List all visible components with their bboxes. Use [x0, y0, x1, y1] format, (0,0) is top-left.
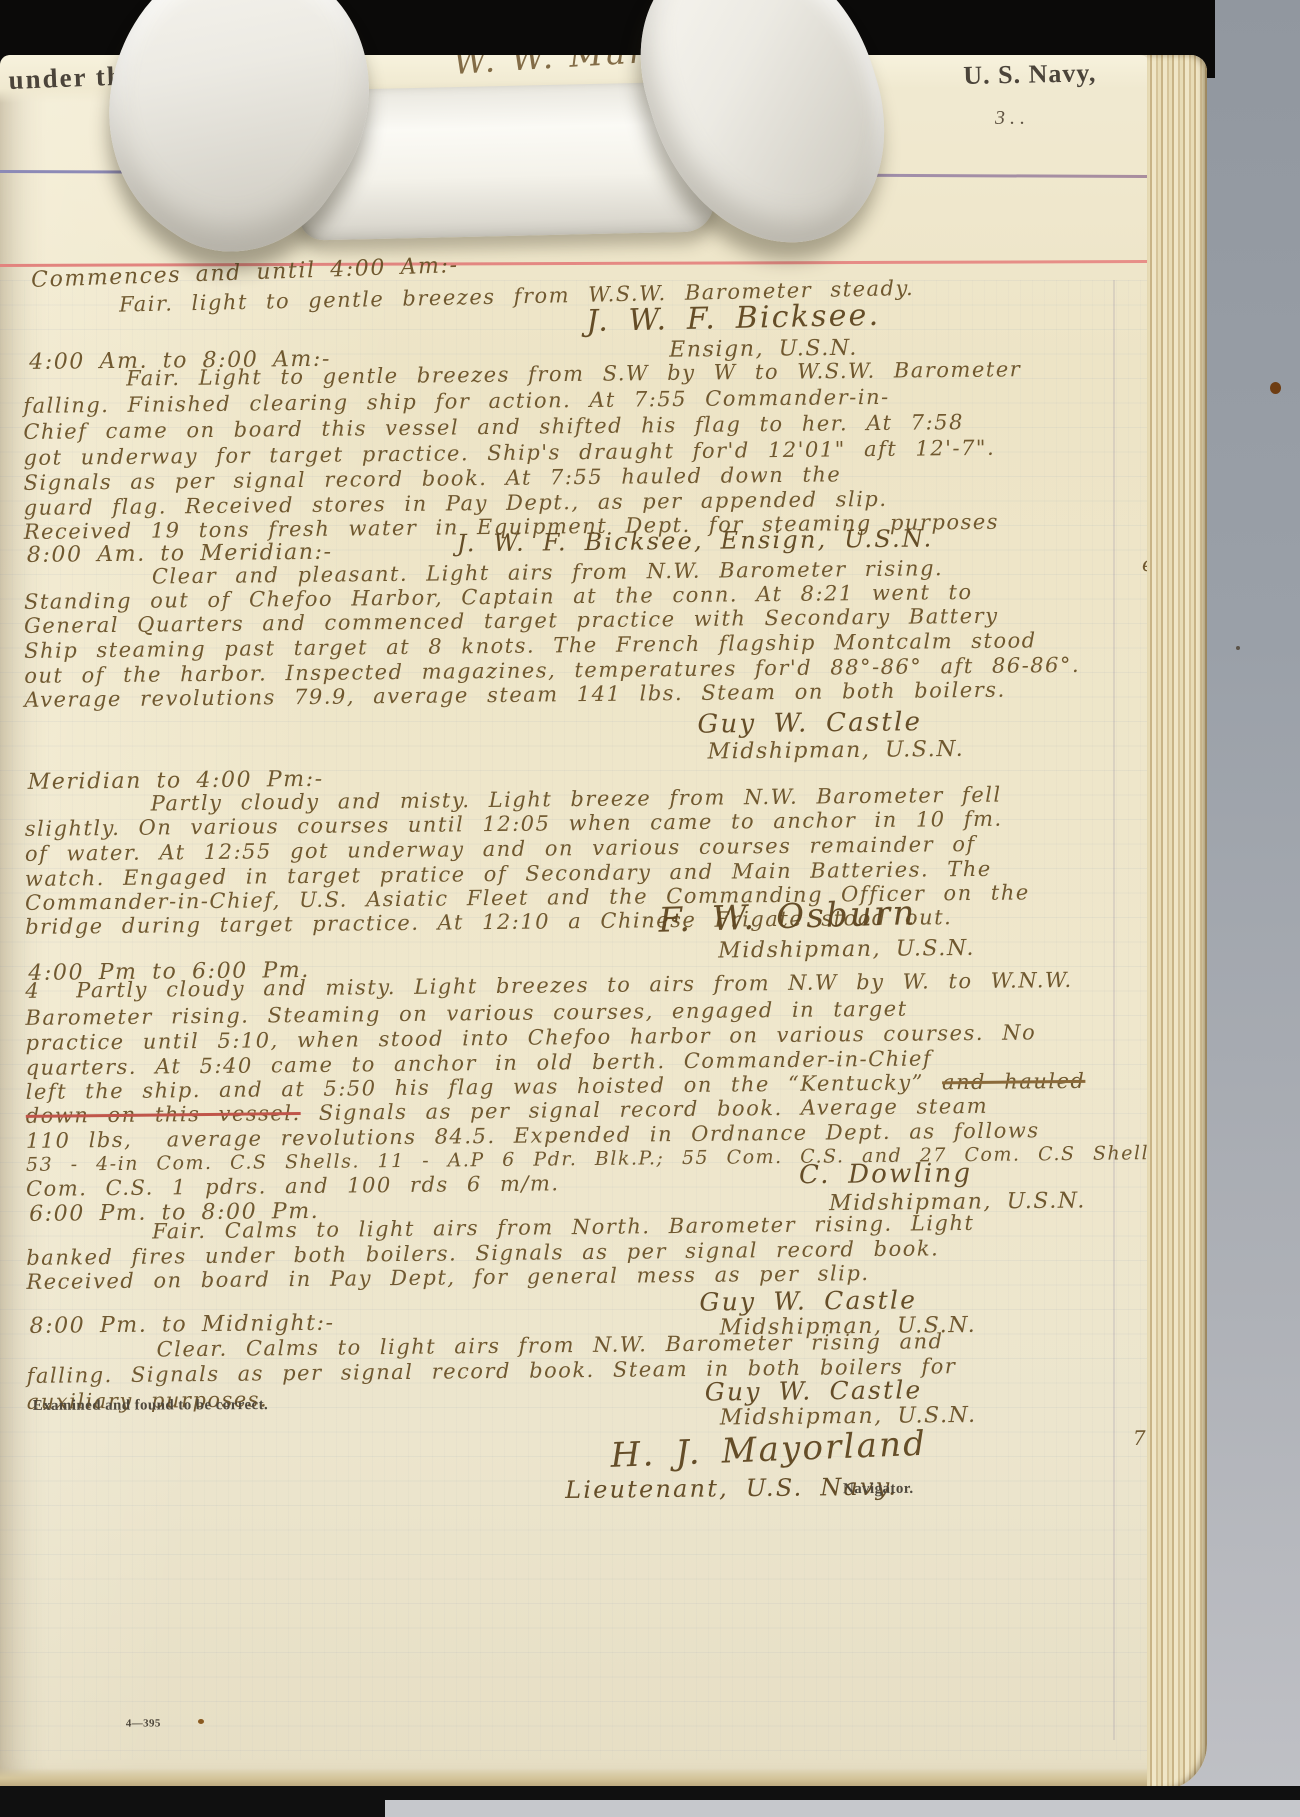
printed-text-line: Navigator.	[843, 1481, 914, 1498]
manuscript-line: Midshipman, U.S.N.	[718, 936, 975, 964]
signature-line: Guy W. Castle	[699, 1285, 917, 1316]
debris-speck	[1236, 646, 1240, 650]
signature-line: F. W. Osburn	[658, 893, 917, 941]
signature-line: J. W. F. Bicksee, Ensign, U.S.N.	[457, 524, 934, 557]
debris-speck	[1270, 382, 1281, 394]
manuscript-line: 7	[1133, 1426, 1146, 1450]
photograph-of-logbook: under the com W. W. Marsh a gu U. S. Nav…	[0, 0, 1300, 1817]
manuscript-line: Com. C.S. 1 pdrs. and 100 rds 6 m/m.	[26, 1171, 560, 1201]
printed-text-line: Examined and found to be correct.	[33, 1397, 268, 1415]
page-edge-stack	[1147, 55, 1207, 1790]
printed-text-line: 4—395	[126, 1717, 161, 1729]
signature-line: C. Dowling	[799, 1158, 973, 1190]
signature-line: Guy W. Castle	[697, 707, 922, 739]
signature-line: J. W. F. Bicksee.	[586, 298, 881, 339]
manuscript-line: Midshipman, U.S.N.	[707, 737, 964, 765]
signature-line: Guy W. Castle	[705, 1375, 923, 1406]
signature-line: H. J. Mayorland	[610, 1424, 928, 1476]
ink-fleck	[198, 1719, 204, 1724]
table-edge-light-strip	[385, 1800, 1300, 1817]
logbook-page: under the com W. W. Marsh a gu U. S. Nav…	[0, 55, 1207, 1790]
manuscript-layer: Commences and until 4:00 Am:-Fair. light…	[0, 55, 1207, 1790]
manuscript-line: 8:00 Pm. to Midnight:-	[29, 1311, 334, 1339]
